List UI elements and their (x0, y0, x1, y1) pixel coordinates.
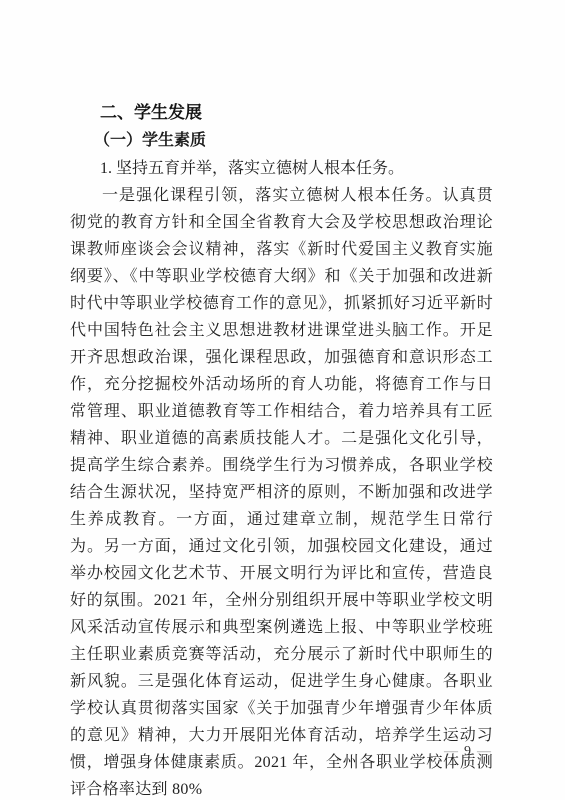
subsection-heading: （一）学生素质 (70, 127, 493, 155)
item-heading: 1. 坚持五育并举，落实立德树人根本任务。 (70, 155, 493, 182)
body-paragraph: 一是强化课程引领，落实立德树人根本任务。认真贯彻党的教育方针和全国全省教育大会及… (70, 182, 493, 800)
document-page: 二、学生发展 （一）学生素质 1. 坚持五育并举，落实立德树人根本任务。 一是强… (0, 0, 565, 800)
page-number-dash-right: — (477, 744, 492, 759)
page-number: —9— (444, 744, 492, 760)
page-number-value: 9 (459, 744, 477, 759)
document-content: 二、学生发展 （一）学生素质 1. 坚持五育并举，落实立德树人根本任务。 一是强… (70, 99, 493, 800)
page-number-dash-left: — (444, 744, 459, 759)
section-heading: 二、学生发展 (70, 99, 493, 127)
